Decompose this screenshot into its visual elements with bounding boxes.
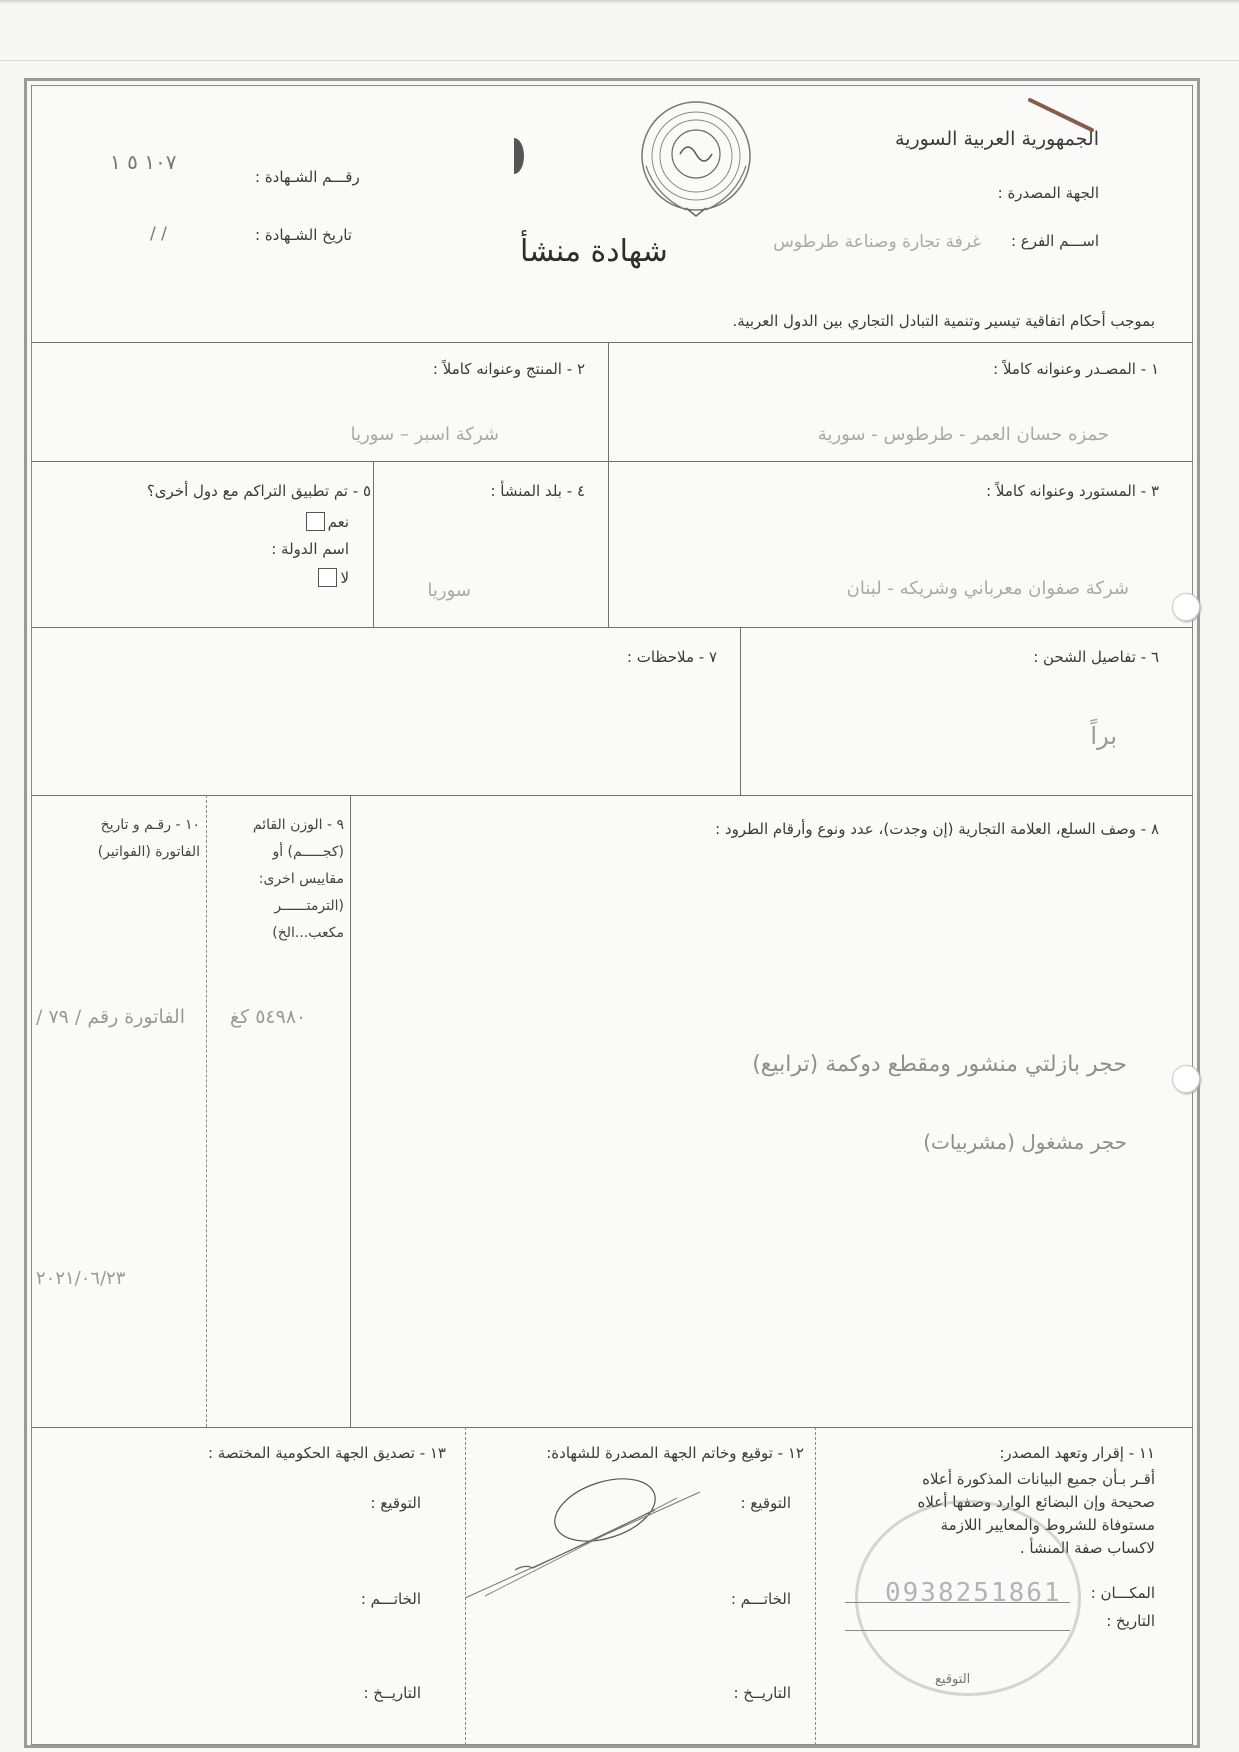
government-seal-label: الخاتـــم : xyxy=(361,1590,421,1608)
gross-weight-value: ٥٤٩٨٠ كغ xyxy=(230,1006,306,1028)
divider xyxy=(373,461,374,627)
stamp-number: 0938251861 xyxy=(885,1578,1062,1608)
shipping-value: براً xyxy=(1090,722,1117,750)
branch-value: غرفة تجارة وصناعة طرطوس xyxy=(773,232,981,252)
place-label: المكـــان : xyxy=(1091,1584,1155,1602)
country-name-label: اسم الدولة : xyxy=(271,540,349,558)
issuing-seal-label: الخاتـــم : xyxy=(731,1590,791,1608)
branch-label: اســـم الفرع : xyxy=(1011,232,1099,250)
producer-value: شركة اسبر – سوريا xyxy=(351,424,499,445)
goods-description-label: ٨ - وصف السلع، العلامة التجارية (إن وجدت… xyxy=(715,820,1159,838)
cumulation-label: ٥ - تم تطبيق التراكم مع دول أخرى؟ xyxy=(147,482,371,500)
declaration-date-label: التاريخ : xyxy=(1106,1612,1155,1630)
certificate-number-value: ١٠٧ ٥ ١ xyxy=(110,150,176,174)
pen-mark-icon xyxy=(1028,96,1098,136)
goods-line: حجر بازلتي منشور ومقطع دوكمة (ترابيع) xyxy=(752,1052,1127,1077)
scan-edge-top xyxy=(0,0,1239,4)
punch-hole-icon xyxy=(1172,593,1200,621)
government-signature-label: التوقيع : xyxy=(370,1494,421,1512)
punch-shadow-icon xyxy=(506,136,526,176)
invoice-number-value: الفاتورة رقم / ٧٩ / xyxy=(36,1006,185,1028)
invoice-label: ١٠ - رقـم و تاريخ الفاتورة (الفواتير) xyxy=(40,812,200,866)
divider xyxy=(815,1427,816,1745)
invoice-date-value: ٢٠٢١/٠٦/٢٣ xyxy=(36,1268,125,1289)
cumulation-yes-option[interactable]: نعم xyxy=(306,512,349,531)
certificate-number-label: رقـــم الشـهادة : xyxy=(255,168,360,186)
checkbox-icon[interactable] xyxy=(306,512,325,531)
issuing-signature-label: التوقيع : xyxy=(740,1494,791,1512)
divider xyxy=(740,627,741,795)
exporter-label: ١ - المصـدر وعنوانه كاملاً : xyxy=(993,360,1159,378)
divider xyxy=(206,795,207,1427)
divider xyxy=(31,627,1193,628)
issuing-body-label: الجهة المصدرة : xyxy=(998,184,1099,202)
exporter-value: حمزه حسان العمر - طرطوس - سورية xyxy=(818,424,1109,445)
punch-hole-icon xyxy=(1172,1065,1200,1093)
certificate-date-value: / / xyxy=(150,224,167,244)
origin-country-label: ٤ - بلد المنشأ : xyxy=(490,482,585,500)
certificate-date-label: تاريخ الشـهادة : xyxy=(255,226,352,244)
divider xyxy=(31,342,1193,343)
issuing-authority-label: ١٢ - توقيع وخاتم الجهة المصدرة للشهادة: xyxy=(546,1444,804,1462)
divider xyxy=(608,342,609,627)
government-certification-label: ١٣ - تصديق الجهة الحكومية المختصة : xyxy=(208,1444,446,1462)
gross-weight-label: ٩ - الوزن القائم (كجـــــم) أو مقاييس اخ… xyxy=(212,812,344,947)
remarks-label: ٧ - ملاحظات : xyxy=(627,648,717,666)
producer-label: ٢ - المنتج وعنوانه كاملاً : xyxy=(433,360,585,378)
issuing-date-label: التاريــخ : xyxy=(733,1684,791,1702)
page-title: شهادة منشأ xyxy=(520,234,668,269)
cumulation-yes-label: نعم xyxy=(328,513,349,531)
cumulation-no-option[interactable]: لا xyxy=(318,568,349,587)
checkbox-icon[interactable] xyxy=(318,568,337,587)
divider xyxy=(31,1427,1193,1428)
exporter-declaration-label: ١١ - إقرار وتعهد المصدر: xyxy=(999,1444,1155,1462)
preamble: بموجب أحكام اتفاقية تيسير وتنمية التبادل… xyxy=(733,312,1155,330)
government-date-label: التاريــخ : xyxy=(363,1684,421,1702)
goods-line: حجر مشغول (مشربيات) xyxy=(923,1130,1127,1154)
shipping-label: ٦ - تفاصيل الشحن : xyxy=(1033,648,1159,666)
handwritten-signature-icon xyxy=(455,1470,715,1610)
arab-league-emblem-icon xyxy=(636,96,756,220)
cumulation-no-label: لا xyxy=(340,569,349,587)
origin-country-value: سوريا xyxy=(427,580,471,601)
divider xyxy=(350,795,351,1427)
importer-value: شركة صفوان معرباني وشريكه - لبنان xyxy=(847,578,1129,599)
divider xyxy=(31,461,1193,462)
importer-label: ٣ - المستورد وعنوانه كاملاً : xyxy=(986,482,1159,500)
scan-line xyxy=(0,60,1239,61)
